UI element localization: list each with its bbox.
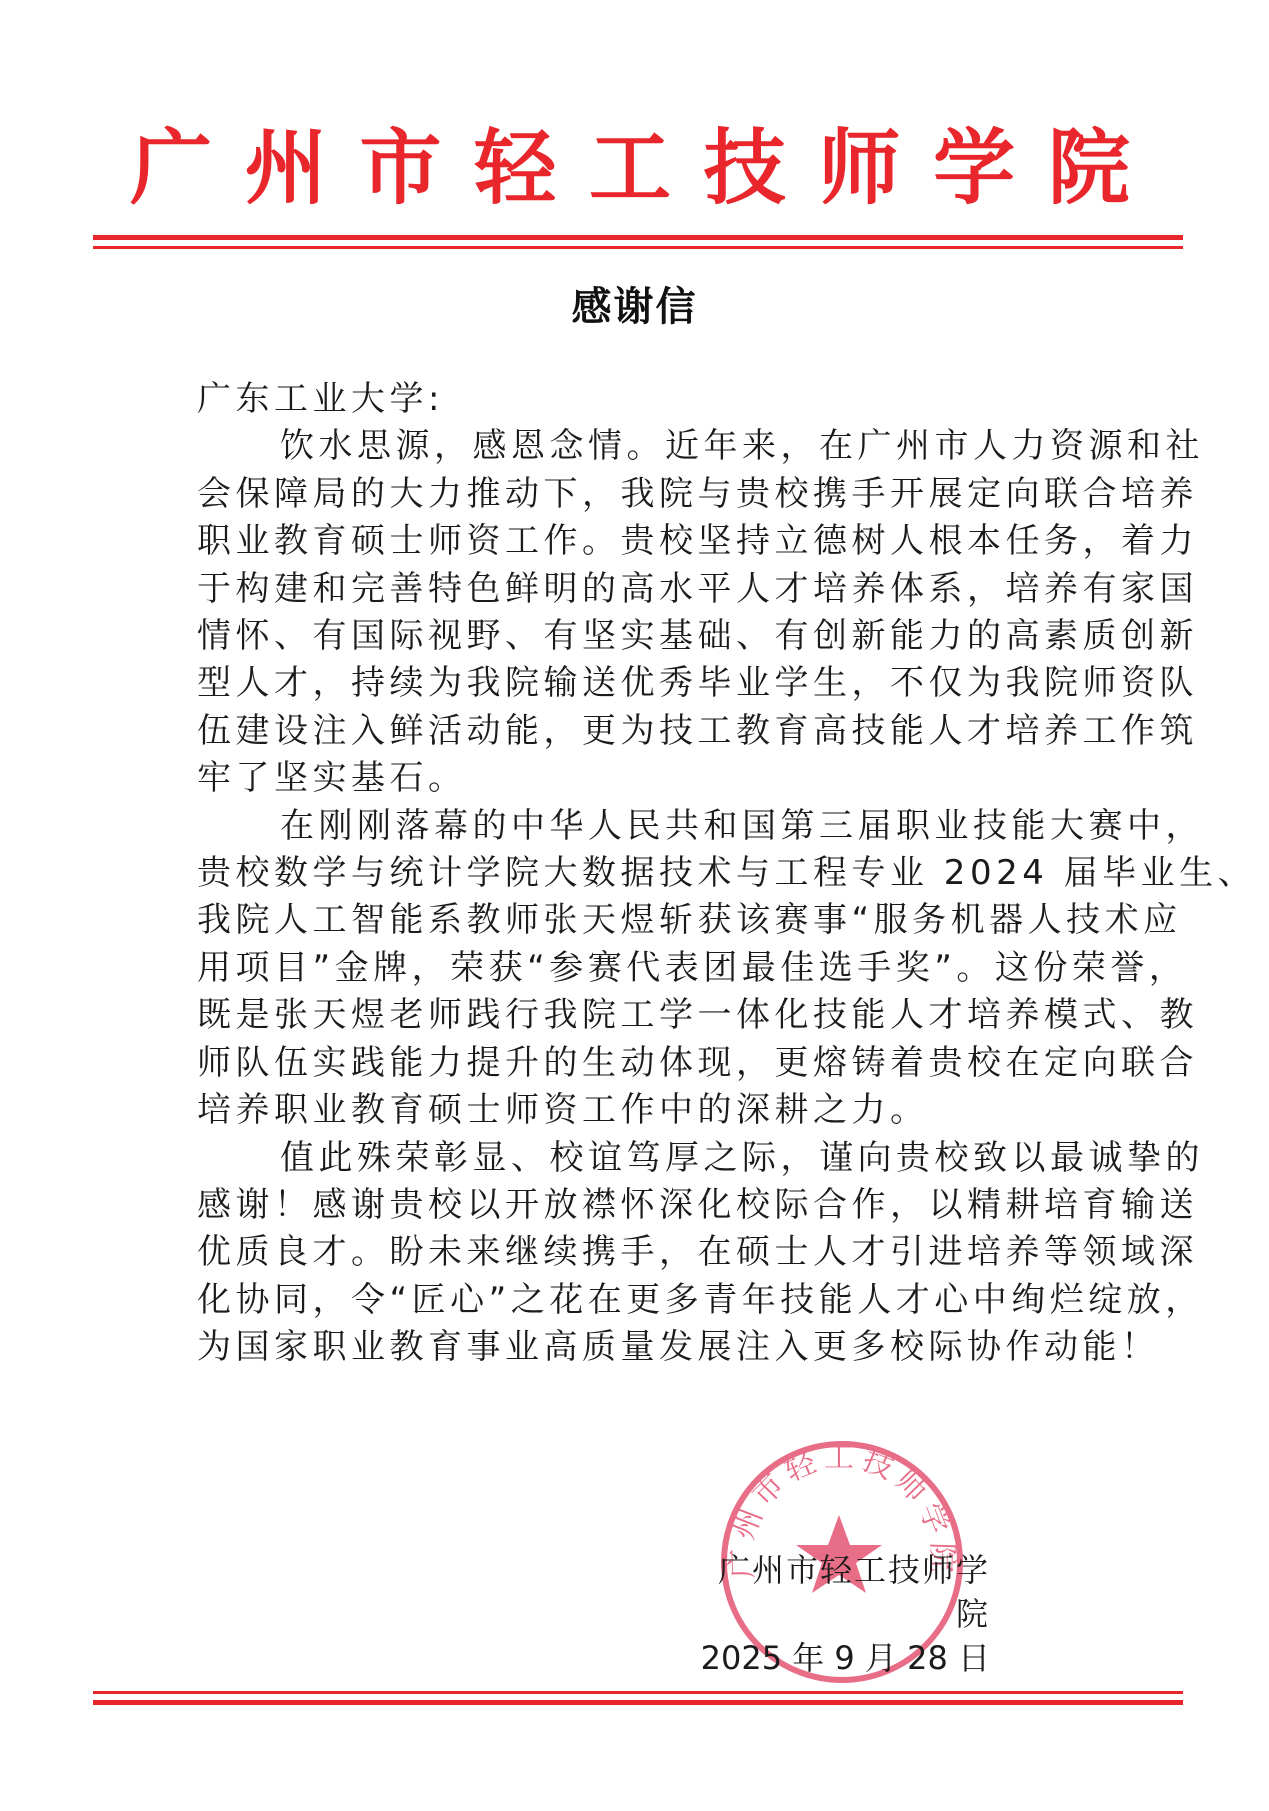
- text-line: 师队伍实践能力提升的生动体现，更熔铸着贵校在定向联合: [197, 1040, 1111, 1087]
- signature-organization: 广州市轻工技师学院: [690, 1548, 990, 1636]
- header-rule-thick: [93, 235, 1183, 240]
- text-line: 会保障局的大力推动下，我院与贵校携手开展定向联合培养: [197, 471, 1111, 518]
- signature-date: 2025 年 9 月 28 日: [690, 1636, 990, 1680]
- text-line: 值此殊荣彰显、校谊笃厚之际，谨向贵校致以最诚挚的: [197, 1135, 1111, 1182]
- letterhead-char: 州: [245, 127, 327, 209]
- text-line: 为国家职业教育事业高质量发展注入更多校际协作动能！: [197, 1324, 1111, 1371]
- signature-block: 广州市轻工技师学院 2025 年 9 月 28 日: [690, 1548, 990, 1680]
- letterhead-char: 院: [1048, 127, 1130, 209]
- text-line: 型人才，持续为我院输送优秀毕业学生，不仅为我院师资队: [197, 660, 1111, 707]
- footer-rule-thick: [93, 1700, 1183, 1705]
- text-line: 培养职业教育硕士师资工作中的深耕之力。: [197, 1087, 1111, 1134]
- letterhead-char: 学: [933, 127, 1015, 209]
- paragraph-3: 值此殊荣彰显、校谊笃厚之际，谨向贵校致以最诚挚的 感谢！感谢贵校以开放襟怀深化校…: [197, 1135, 1111, 1372]
- text-line: 伍建设注入鲜活动能，更为技工教育高技能人才培养工作筑: [197, 708, 1111, 755]
- letterhead-char: 工: [589, 127, 671, 209]
- text-line: 情怀、有国际视野、有坚实基础、有创新能力的高素质创新: [197, 613, 1111, 660]
- paragraph-2: 在刚刚落幕的中华人民共和国第三届职业技能大赛中， 贵校数学与统计学院大数据技术与…: [197, 803, 1111, 1135]
- text-line: 饮水思源，感恩念情。近年来，在广州市人力资源和社: [197, 423, 1111, 470]
- letter-body: 广东工业大学: 饮水思源，感恩念情。近年来，在广州市人力资源和社 会保障局的大力…: [197, 376, 1111, 1372]
- footer-rule-thin: [93, 1691, 1183, 1694]
- text-line: 既是张天煜老师践行我院工学一体化技能人才培养模式、教: [197, 992, 1111, 1039]
- letter-title: 感谢信: [0, 275, 1269, 332]
- text-line: 感谢！感谢贵校以开放襟怀深化校际合作，以精耕培育输送: [197, 1182, 1111, 1229]
- letterhead-char: 广: [130, 127, 212, 209]
- letterhead-char: 市: [359, 127, 441, 209]
- text-line: 用项目”金牌，荣获“参赛代表团最佳选手奖”。这份荣誉，: [197, 945, 1111, 992]
- letterhead-char: 技: [704, 127, 786, 209]
- text-line: 在刚刚落幕的中华人民共和国第三届职业技能大赛中，: [197, 803, 1111, 850]
- text-line: 优质良才。盼未来继续携手，在硕士人才引进培养等领域深: [197, 1229, 1111, 1276]
- text-line: 牢了坚实基石。: [197, 755, 1111, 802]
- header-rule-thin: [93, 246, 1183, 249]
- text-line: 化协同，令“匠心”之花在更多青年技能人才心中绚烂绽放，: [197, 1277, 1111, 1324]
- letterhead-char: 轻: [474, 127, 556, 209]
- letterhead-char: 师: [818, 127, 900, 209]
- text-line: 职业教育硕士师资工作。贵校坚持立德树人根本任务，着力: [197, 518, 1111, 565]
- text-line: 我院人工智能系教师张天煜斩获该赛事“服务机器人技术应: [197, 897, 1111, 944]
- salutation-text: 广东工业大学:: [197, 376, 1111, 423]
- letterhead-institution-name: 广 州 市 轻 工 技 师 学 院: [130, 118, 1130, 218]
- paragraph-1: 饮水思源，感恩念情。近年来，在广州市人力资源和社 会保障局的大力推动下，我院与贵…: [197, 423, 1111, 802]
- salutation: 广东工业大学:: [197, 376, 1111, 423]
- text-line: 贵校数学与统计学院大数据技术与工程专业 2024 届毕业生、: [197, 850, 1111, 897]
- text-line: 于构建和完善特色鲜明的高水平人才培养体系，培养有家国: [197, 566, 1111, 613]
